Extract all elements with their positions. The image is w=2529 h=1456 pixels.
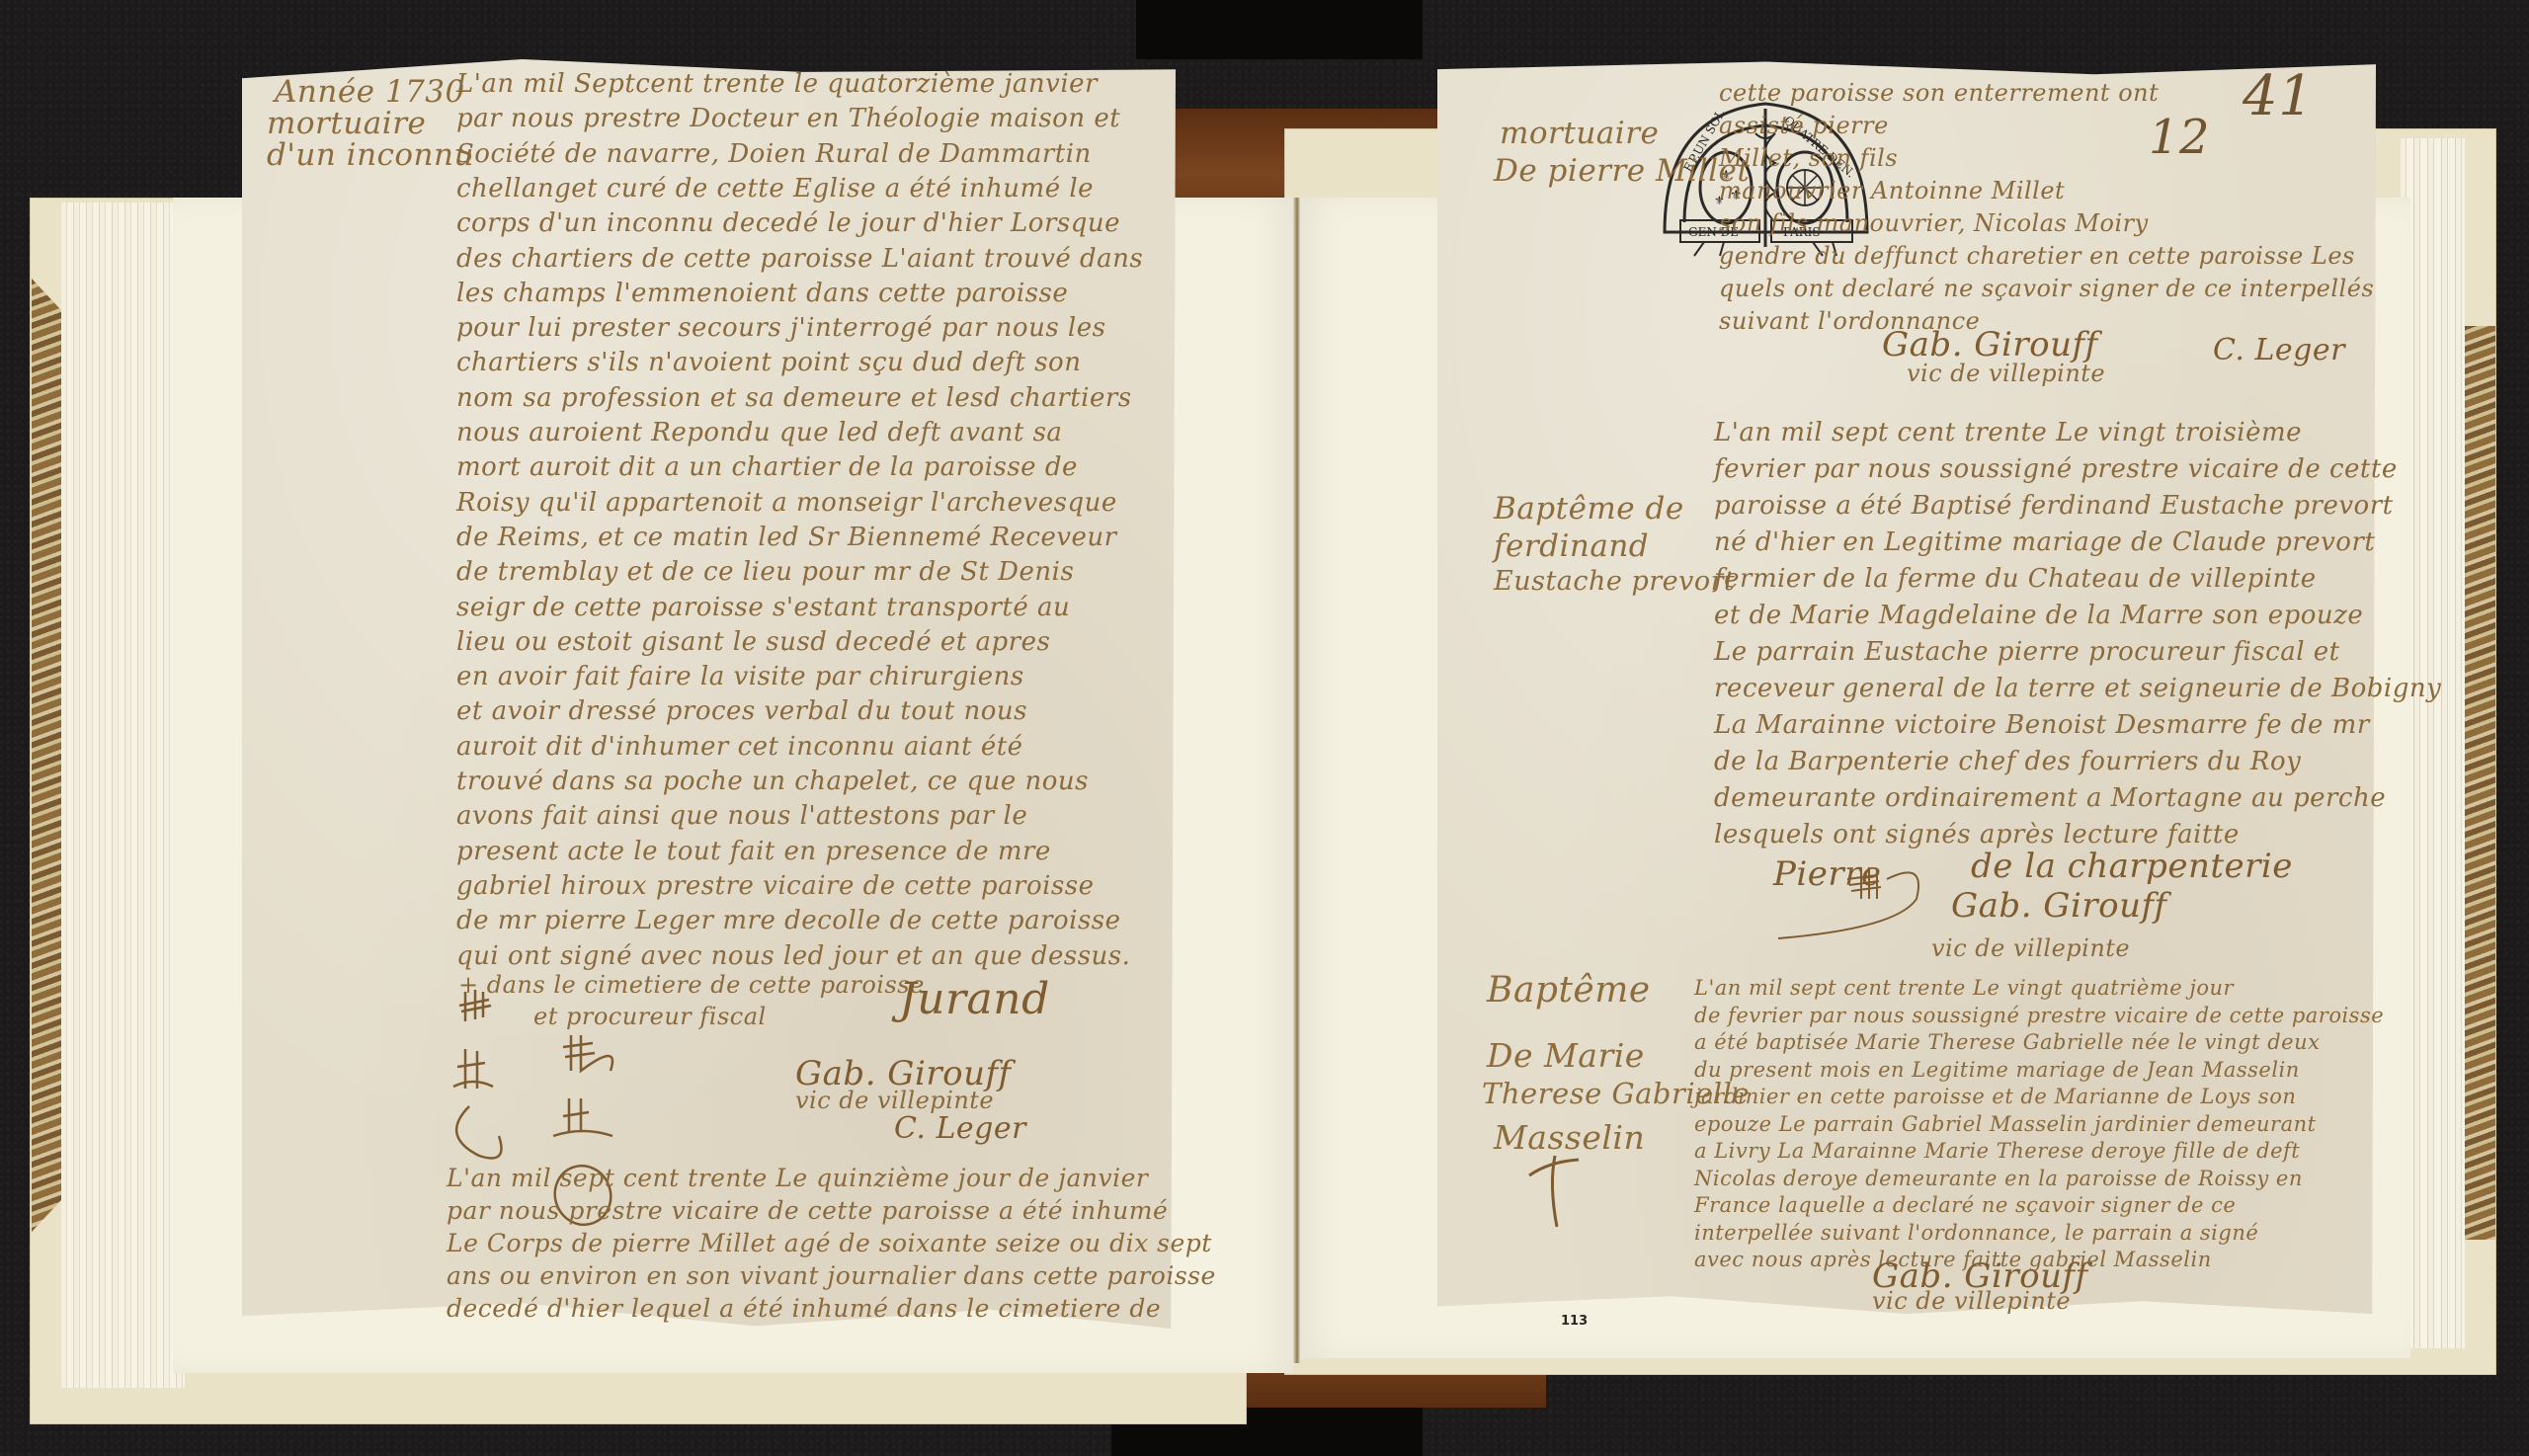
manuscript-line: a Livry La Marainne Marie Therese deroye… (1694, 1141, 2300, 1162)
manuscript-line: France laquelle a declaré ne sçavoir sig… (1694, 1195, 2236, 1216)
cross-mark-icon (1521, 1146, 1591, 1235)
right-page-content: ⚜⚜⚜ F.P.UN SOL QUATRE DEN. GEN·DE PARIS … (0, 0, 2529, 1456)
folio-number: 113 (1561, 1314, 1588, 1329)
manuscript-line: fermier de la ferme du Chateau de villep… (1714, 566, 2317, 592)
manuscript-line: Le parrain Eustache pierre procureur fis… (1714, 639, 2340, 665)
manuscript-line: paroisse a été Baptisé ferdinand Eustach… (1714, 493, 2394, 519)
corner-mark-41: 41 (2243, 69, 2314, 124)
manuscript-line: manouvrier Antoinne Millet (1719, 179, 2065, 202)
manuscript-line: epouze Le parrain Gabriel Masselin jardi… (1694, 1114, 2317, 1135)
manuscript-line: demeurante ordinairement a Mortagne au p… (1714, 785, 2386, 811)
manuscript-line: de la Barpenterie chef des fourriers du … (1714, 749, 2301, 774)
manuscript-line: quels ont declaré ne sçavoir signer de c… (1719, 277, 2374, 300)
manuscript-line: du present mois en Legitime mariage de J… (1694, 1060, 2300, 1081)
manuscript-line: né d'hier en Legitime mariage de Claude … (1714, 529, 2375, 555)
manuscript-line: L'an mil sept cent trente Le vingt trois… (1714, 420, 2302, 445)
signature-girouff: Gab. Girouff (1951, 889, 2167, 923)
manuscript-line: cette paroisse son enterrement ont (1719, 81, 2159, 105)
signature-girouff: Gab. Girouff (1882, 328, 2098, 362)
signature-vic-villepinte: vic de villepinte (1907, 362, 2105, 385)
manuscript-line: lesquels ont signés après lecture faitte (1714, 822, 2240, 848)
manuscript-line: gendre du deffunct charetier en cette pa… (1719, 244, 2355, 268)
margin-bapteme-ferdinand-3: Eustache prevort (1494, 568, 1735, 595)
margin-mortuaire: mortuaire (1500, 119, 1659, 149)
manuscript-line: Millet, son fils (1719, 146, 1898, 170)
manuscript-line: La Marainne victoire Benoist Desmarre fe… (1714, 712, 2370, 738)
margin-bapteme-ferdinand-2: ferdinand (1494, 531, 1649, 562)
manuscript-line: receveur general de la terre et seigneur… (1714, 676, 2441, 701)
signature-vic-villepinte: vic de villepinte (1872, 1289, 2071, 1313)
signature-vic-villepinte: vic de villepinte (1931, 936, 2130, 960)
manuscript-line: assisté pierre (1719, 114, 1889, 137)
manuscript-line: de fevrier par nous soussigné prestre vi… (1694, 1006, 2384, 1026)
margin-bapteme-marie-1: Baptême (1487, 973, 1651, 1009)
signature-leger: C. Leger (2213, 336, 2345, 365)
manuscript-line: et de Marie Magdelaine de la Marre son e… (1714, 603, 2363, 628)
margin-pierre-millet: De pierre Millet (1494, 156, 1750, 187)
manuscript-line: son fils manouvrier, Nicolas Moiry (1719, 211, 2149, 235)
signature-charpenterie: de la charpenterie (1971, 849, 2293, 883)
manuscript-line: Nicolas deroye demeurante en la paroisse… (1694, 1169, 2303, 1189)
margin-bapteme-ferdinand-1: Baptême de (1494, 494, 1684, 525)
manuscript-line: a été baptisée Marie Therese Gabrielle n… (1694, 1032, 2320, 1053)
manuscript-line: jardinier en cette paroisse et de Marian… (1694, 1087, 2296, 1107)
manuscript-line: fevrier par nous soussigné prestre vicai… (1714, 456, 2398, 482)
page-mark-12: 12 (2149, 114, 2210, 161)
manuscript-line: L'an mil sept cent trente Le vingt quatr… (1694, 978, 2234, 999)
margin-bapteme-marie-2: De Marie (1487, 1039, 1645, 1072)
manuscript-line: interpellée suivant l'ordonnance, le par… (1694, 1223, 2258, 1244)
